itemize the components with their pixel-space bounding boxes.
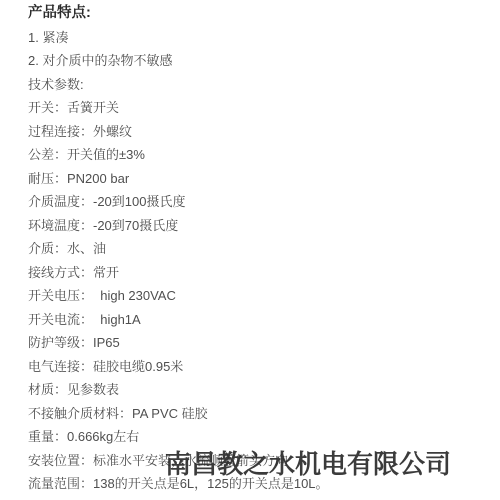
feature-line-2: 2. 对介质中的杂物不敏感 <box>28 49 490 73</box>
spec-medium: 介质：水、油 <box>28 237 490 261</box>
spec-pressure-rating: 耐压：PN200 bar <box>28 167 490 191</box>
spec-material: 材质：见参数表 <box>28 378 490 402</box>
product-description-page: 产品特点: 1. 紧凑 2. 对介质中的杂物不敏感 技术参数: 开关：舌簧开关 … <box>0 0 500 500</box>
page-title: 产品特点: <box>28 2 490 26</box>
spec-switching-current: 开关电流： high1A <box>28 308 490 332</box>
spec-wiring-mode: 接线方式：常开 <box>28 261 490 285</box>
spec-non-contact-material: 不接触介质材料：PA PVC 硅胶 <box>28 402 490 426</box>
spec-mounting-position: 安装位置：标准水平安装，水流顺着箭头方向 <box>28 449 490 473</box>
section-heading-tech-params: 技术参数: <box>28 73 490 97</box>
spec-medium-temperature: 介质温度：-20到100摄氏度 <box>28 190 490 214</box>
spec-weight: 重量：0.666kg左右 <box>28 425 490 449</box>
spec-process-connection: 过程连接：外螺纹 <box>28 120 490 144</box>
feature-line-1: 1. 紧凑 <box>28 26 490 50</box>
spec-switching-voltage: 开关电压： high 230VAC <box>28 284 490 308</box>
spec-electrical-connection: 电气连接：硅胶电缆0.95米 <box>28 355 490 379</box>
spec-ambient-temperature: 环境温度：-20到70摄氏度 <box>28 214 490 238</box>
spec-flow-range: 流量范围：138的开关点是6L，125的开关点是10L。 <box>28 472 490 496</box>
spec-tolerance: 公差：开关值的±3% <box>28 143 490 167</box>
spec-protection-class: 防护等级：IP65 <box>28 331 490 355</box>
spec-switch-type: 开关：舌簧开关 <box>28 96 490 120</box>
